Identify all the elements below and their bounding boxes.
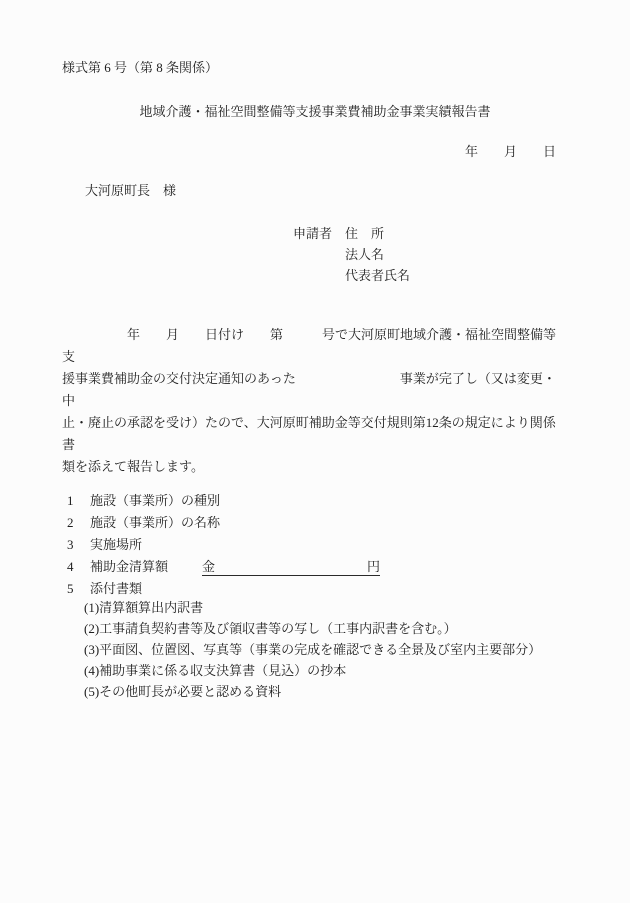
attachment-list: (1)清算額算出内訳書 (2)工事請負契約書等及び領収書等の写し（工事内訳書を含… <box>62 597 568 702</box>
body-paragraph-line: 類を添えて報告します。 <box>62 456 568 478</box>
list-item-settlement-amount: 4補助金清算額金円 <box>67 556 568 578</box>
attachment-item: (1)清算額算出内訳書 <box>84 597 568 618</box>
item-number: 4 <box>67 556 90 578</box>
attachment-item: (3)平面図、位置図、写真等（事業の完成を確認できる全景及び室内主要部分） <box>84 639 568 660</box>
item-label: 施設（事業所）の名称 <box>90 515 220 530</box>
numbered-item-list: 1施設（事業所）の種別 2施設（事業所）の名称 3実施場所 4補助金清算額金円 … <box>62 490 568 600</box>
item-label: 実施場所 <box>90 537 142 552</box>
item-label: 補助金清算額 <box>90 559 168 574</box>
list-item-location: 3実施場所 <box>67 534 568 556</box>
attachment-item: (4)補助事業に係る収支決算書（見込）の抄本 <box>84 660 568 681</box>
item-number: 3 <box>67 534 90 556</box>
attachment-number: (4) <box>84 663 99 678</box>
attachment-number: (2) <box>84 621 99 636</box>
attachment-label: その他町長が必要と認める資料 <box>99 684 281 699</box>
body-paragraph-line: 年 月 日付け 第 号で大河原町地域介護・福祉空間整備等支 <box>62 324 568 368</box>
item-number: 2 <box>67 512 90 534</box>
attachment-item: (5)その他町長が必要と認める資料 <box>84 681 568 702</box>
attachment-number: (5) <box>84 684 99 699</box>
attachment-label: 補助事業に係る収支決算書（見込）の抄本 <box>99 663 346 678</box>
amount-prefix-yen-label: 金 <box>202 559 215 574</box>
list-item-facility-type: 1施設（事業所）の種別 <box>67 490 568 512</box>
item-label: 添付書類 <box>90 581 142 596</box>
amount-suffix-yen-label: 円 <box>367 559 380 574</box>
date-blank-line: 年 月 日 <box>62 144 568 160</box>
applicant-corporation-label: 法人名 <box>293 244 568 265</box>
applicant-address-label: 申請者 住 所 <box>293 223 568 244</box>
attachment-number: (1) <box>84 600 99 615</box>
form-number: 様式第 6 号（第 8 条関係） <box>62 60 568 76</box>
attachment-label: 工事請負契約書等及び領収書等の写し（工事内訳書を含む。） <box>99 621 457 636</box>
item-number: 1 <box>67 490 90 512</box>
document-title: 地域介護・福祉空間整備等支援事業費補助金事業実績報告書 <box>62 104 568 120</box>
attachment-label: 平面図、位置図、写真等（事業の完成を確認できる全景及び室内主要部分） <box>99 642 541 657</box>
applicant-block: 申請者 住 所 法人名 代表者氏名 <box>293 223 568 286</box>
body-paragraph-line: 援事業費補助金の交付決定通知のあった 事業が完了し（又は変更・中 <box>62 368 568 412</box>
attachment-item: (2)工事請負契約書等及び領収書等の写し（工事内訳書を含む。） <box>84 618 568 639</box>
list-item-facility-name: 2施設（事業所）の名称 <box>67 512 568 534</box>
document-page: 様式第 6 号（第 8 条関係） 地域介護・福祉空間整備等支援事業費補助金事業実… <box>0 0 630 903</box>
item-label: 施設（事業所）の種別 <box>90 493 220 508</box>
attachment-number: (3) <box>84 642 99 657</box>
amount-underline: 金円 <box>202 558 380 576</box>
attachment-label: 清算額算出内訳書 <box>99 600 203 615</box>
body-paragraph: 年 月 日付け 第 号で大河原町地域介護・福祉空間整備等支 援事業費補助金の交付… <box>62 324 568 478</box>
addressee: 大河原町長 様 <box>62 183 568 199</box>
body-paragraph-line: 止・廃止の承認を受け）たので、大河原町補助金等交付規則第12条の規定により関係書 <box>62 412 568 456</box>
applicant-representative-label: 代表者氏名 <box>293 265 568 286</box>
